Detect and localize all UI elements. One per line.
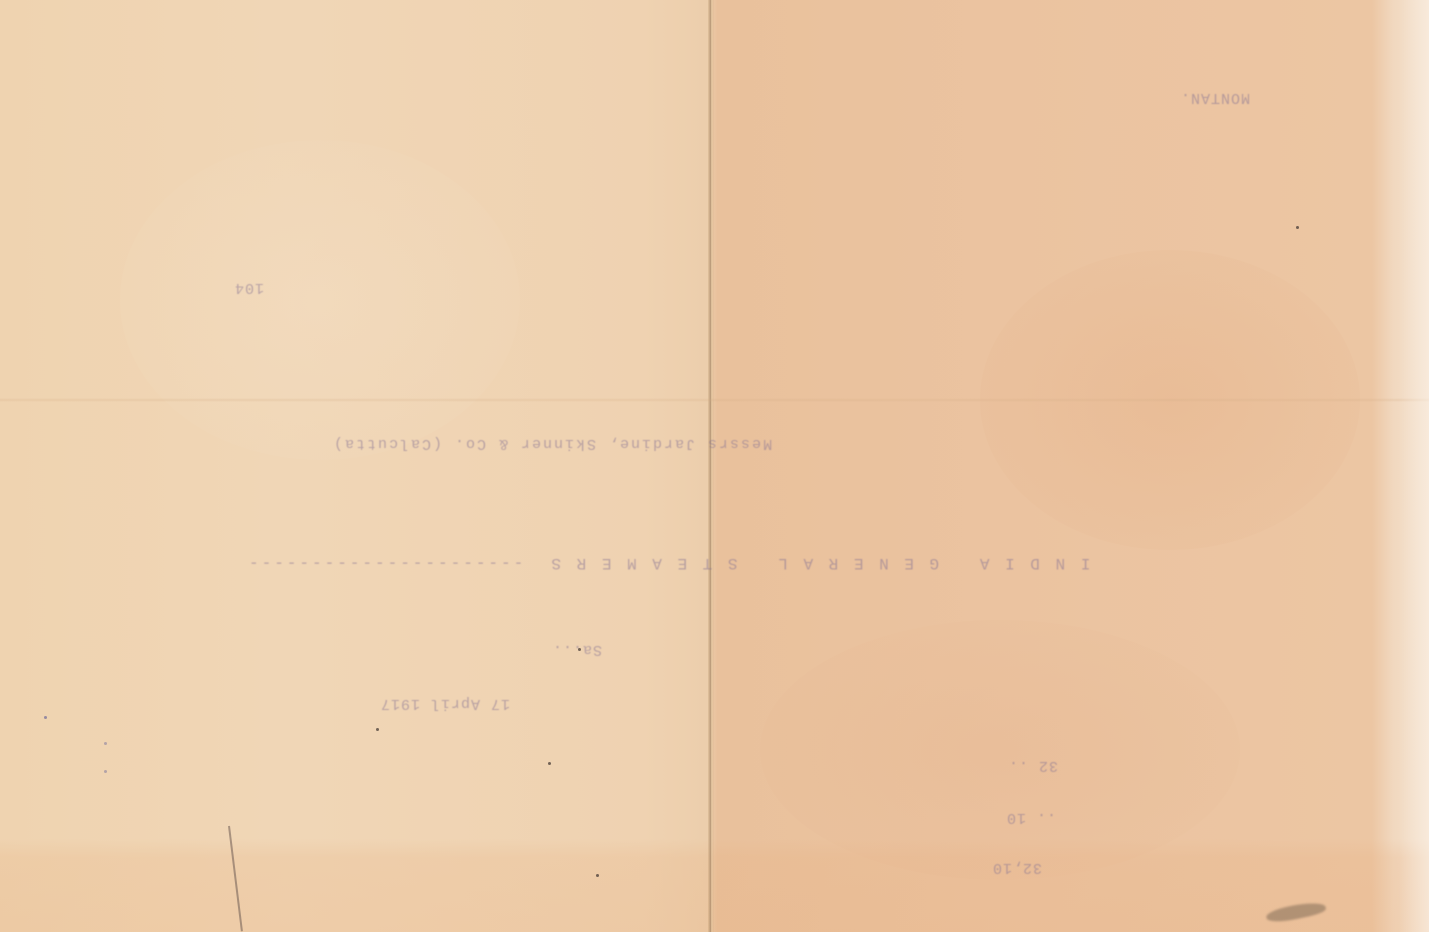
ink-speck [104, 742, 107, 745]
scanned-document-page: MONTAN. 104 Messrs Jardine, Skinner & Co… [0, 0, 1429, 932]
bleed-header-right: MONTAN. [1140, 72, 1250, 123]
paper-stain [120, 140, 520, 460]
ink-speck [578, 648, 581, 651]
amount-text: 32 .. [1008, 757, 1058, 774]
amount-text: .. 10 [1006, 809, 1056, 826]
bleed-title-line: I N D I A G E N E R A L S T E A M E R S … [196, 536, 1091, 590]
bleed-reference-number: 104 [194, 262, 264, 313]
bleed-date: 17 April 1917 [340, 678, 510, 729]
ink-speck [596, 874, 599, 877]
reference-number-text: 104 [234, 279, 264, 296]
paper-right-edge [1399, 0, 1429, 932]
bleed-header-text: MONTAN. [1180, 89, 1250, 106]
paper-tear [228, 826, 243, 931]
ink-speck [1296, 226, 1299, 229]
ink-smudge [1265, 899, 1327, 925]
bleed-amount-1: 32 .. [968, 740, 1058, 791]
horizontal-fold-crease [0, 398, 1429, 402]
ink-speck [376, 728, 379, 731]
bleed-addressee-line: Messrs Jardine, Skinner & Co. (Calcutta) [288, 418, 772, 469]
ink-speck [44, 716, 47, 719]
bleed-amount-2: .. 10 [966, 792, 1056, 843]
date-text: 17 April 1917 [380, 695, 510, 712]
ink-speck [548, 762, 551, 765]
bleed-amount-3: 32,10 [952, 842, 1042, 893]
ink-speck [104, 770, 107, 773]
addressee-text: Messrs Jardine, Skinner & Co. (Calcutta) [332, 435, 772, 452]
title-text: I N D I A G E N E R A L S T E A M E R S … [246, 554, 1090, 572]
bleed-place: Sa... [512, 624, 602, 675]
amount-text: 32,10 [992, 859, 1042, 876]
